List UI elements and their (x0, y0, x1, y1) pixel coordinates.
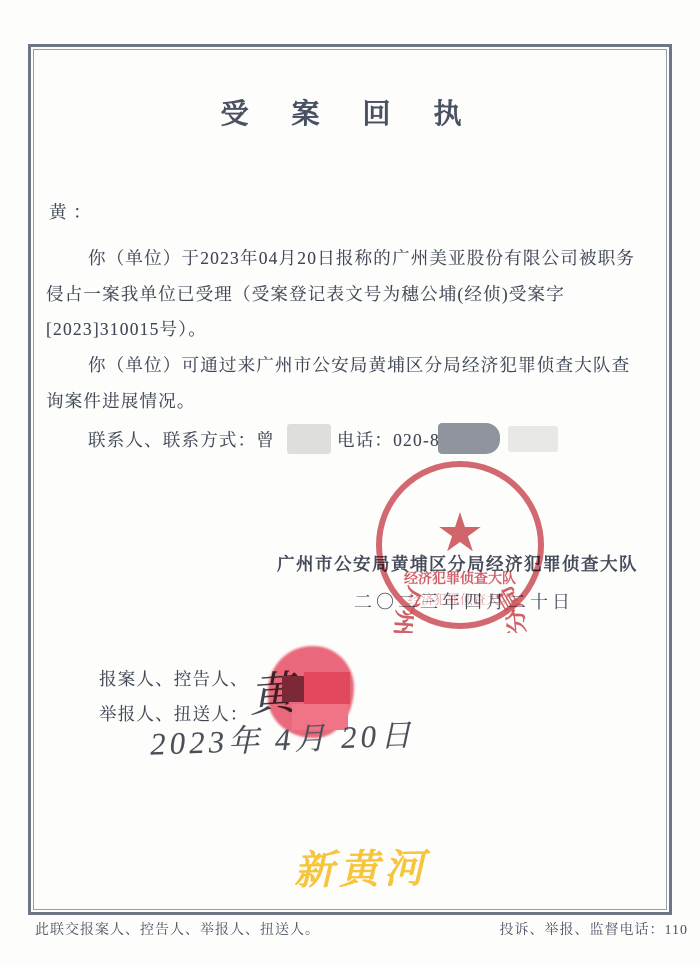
redaction-phone-number (438, 423, 500, 454)
footer-copy-note: 此联交报案人、控告人、举报人、扭送人。 (35, 919, 320, 939)
paragraph1-line2: 侵占一案我单位已受理（受案登记表文号为穗公埔(经侦)受案字 (46, 281, 565, 306)
footer-hotline: 投诉、举报、监督电话：110 (500, 919, 688, 939)
case-acceptance-receipt-document: 受 案 回 执 黄 ： 你（单位）于2023年04月20日报称的广州美亚股份有限… (0, 0, 700, 966)
paragraph1-line3: [2023]310015号）。 (46, 316, 207, 341)
document-border-frame-inner (33, 49, 667, 910)
salutation: 黄 ： (49, 199, 92, 224)
handwritten-date: 2023年 4月 20日 (149, 709, 415, 763)
seal-inner-text: 经济犯罪侦查大队 (404, 570, 516, 587)
paragraph2-line2: 询案件进展情况。 (46, 388, 196, 413)
paragraph1-line1: 你（单位）于2023年04月20日报称的广州美亚股份有限公司被职务 (88, 245, 635, 270)
redaction-mosaic-dark (282, 676, 304, 702)
redaction-contact-name (287, 424, 331, 454)
phone-line: 电话：020-8 (337, 427, 440, 452)
contact-line: 联系人、联系方式：曾 (88, 427, 275, 452)
document-title: 受 案 回 执 (0, 92, 700, 132)
seal-inner-text-offset: 经济犯罪侦查大队 (408, 592, 512, 607)
official-red-seal: 广州市公安局黄埔区分局 ★ 经济犯罪侦查大队 经济犯罪侦查大队 (372, 457, 548, 633)
redaction-phone-number-2 (508, 426, 558, 452)
news-watermark: 新黄河 (294, 837, 430, 896)
paragraph2-line1: 你（单位）可通过来广州市公安局黄埔区分局经济犯罪侦查大队查 (88, 352, 630, 377)
seal-star-icon: ★ (436, 503, 484, 563)
declarer-label-line1: 报案人、控告人、 (99, 666, 249, 691)
document-border-frame (28, 44, 672, 915)
redaction-mosaic-mid (304, 672, 350, 704)
